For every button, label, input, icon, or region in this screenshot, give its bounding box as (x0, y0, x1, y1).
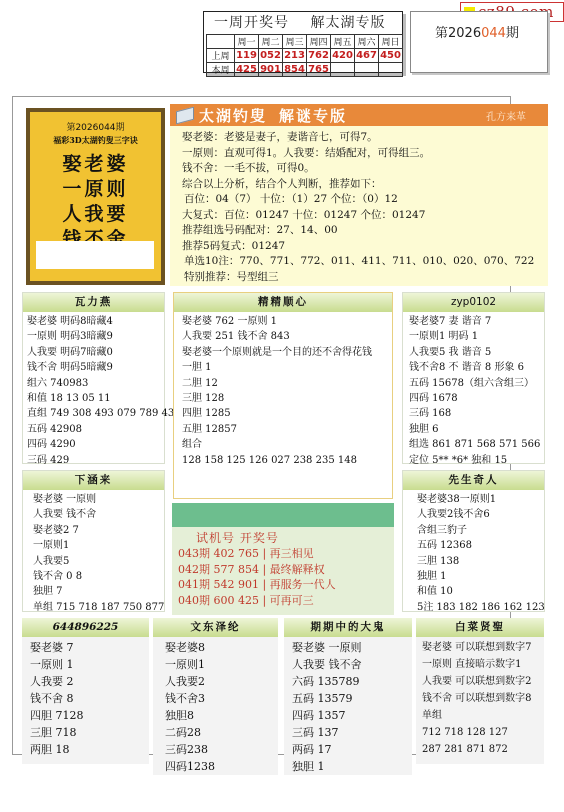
draw-number: 425 (235, 63, 259, 77)
draw-number: 119 (235, 49, 259, 63)
draw-number: 765 (307, 63, 331, 77)
panel-body: 娶老婆 明码8暗藏4 一原则 明码3暗藏9 人我要 明码7暗藏0 钱不舍 明码5… (23, 312, 164, 468)
draw-title-right: 解太湖专版 (310, 15, 385, 31)
panel-body: 娶老婆 7 一原则 1 人我要 2 钱不舍 8 四胆 7128 三胆 718 两… (22, 637, 149, 758)
panel-title: 下涵来 (23, 471, 164, 490)
panel-xia-han-lai: 下涵来 娶老婆 一原则 人我要 钱不舍 娶老婆2 7 一原则1 人我要5 钱不舍… (22, 470, 165, 612)
day-header: 周一 (235, 35, 259, 49)
riddle-line: 娶老婆 (30, 152, 161, 177)
issue-label: 第2026044期 (411, 12, 547, 41)
panel-qi-qi: 期期中的大鬼 娶老婆 一原则 人我要 钱不舍 六码 135789 五码 1357… (284, 618, 412, 764)
panel-title: 644896225 (22, 618, 149, 637)
riddle-line: 人我要 (30, 202, 161, 227)
draw-number: 420 (331, 49, 355, 63)
panel-body: 娶老婆 可以联想到数字7 一原则 直接暗示数字1 人我要 可以联想到数字2 钱不… (416, 637, 544, 758)
panel-jing-jing: 精精顺心 娶老婆 762 一原则 1 人我要 251 钱不舍 843 娶老婆一个… (173, 292, 393, 499)
draw-number: 213 (283, 49, 307, 63)
day-header: 周五 (331, 35, 355, 49)
panel-body: 娶老婆 一原则 人我要 钱不舍 六码 135789 五码 13579 四码 13… (284, 637, 412, 775)
panel-title: 白菜贤聖 (416, 618, 544, 637)
riddle-banner: 第2026044期 福彩3D太湖钓叟三字诀 娶老婆 一原则 人我要 钱不舍 (26, 108, 165, 285)
panel-body: 娶老婆7 妻 谐音 7 一原则1 明码 1 人我要5 我 谐音 5 钱不舍8 不… (403, 312, 544, 468)
panel-body: 娶老婆8 一原则1 人我要2 钱不舍3 独胆8 二码28 三码238 四码123… (153, 637, 278, 775)
analysis-line: 综合以上分析，结合个人判断，推荐如下： (182, 177, 548, 193)
riddle-poem: 娶老婆 一原则 人我要 钱不舍 (30, 152, 161, 252)
day-header: 周日 (379, 35, 403, 49)
draw-number: 467 (355, 49, 379, 63)
trial-header-bar (172, 503, 394, 527)
analysis-header: 太湖钓叟 解谜专版 孔方来革 (170, 104, 548, 126)
day-header: 周四 (307, 35, 331, 49)
trial-row: 041期 542 901 | 再服务一代人 (172, 577, 394, 593)
analysis-line: 单选10注：770、771、772、011、411、711、010、020、07… (182, 254, 548, 270)
draw-panel-title: 一周开奖号 解太湖专版 (204, 12, 402, 34)
panel-bai-cai: 白菜贤聖 娶老婆 可以联想到数字7 一原则 直接暗示数字1 人我要 可以联想到数… (416, 618, 544, 764)
panel-zyp0102: zyp0102 娶老婆7 妻 谐音 7 一原则1 明码 1 人我要5 我 谐音 … (402, 292, 545, 464)
trial-title: 试机号 开奖号 (172, 529, 394, 546)
analysis-line: 推荐5码复式：01247 (182, 239, 548, 255)
this-week-row: 本周 425 901 854 765 (207, 63, 403, 77)
analysis-title: 太湖钓叟 (199, 105, 267, 126)
book-icon (176, 106, 194, 124)
trial-numbers-panel: 试机号 开奖号 043期 402 765 | 再三相见 042期 577 854… (172, 503, 394, 615)
panel-title: 瓦力燕 (23, 293, 164, 312)
panel-title: zyp0102 (403, 293, 544, 312)
analysis-author: 孔方来革 (486, 108, 526, 123)
panel-xian-sheng: 先生奇人 娶老婆38一原则1 人我要2钱不舍6 含组三豹子 五码 12368 三… (402, 470, 545, 612)
weekly-draw-panel: 一周开奖号 解太湖专版 周一 周二 周三 周四 周五 周六 周日 上周 119 … (203, 11, 403, 73)
draw-number (379, 63, 403, 77)
analysis-line: 娶老婆：老婆是妻子，妻谐音七，可得7。 (182, 130, 548, 146)
weekly-draw-table: 周一 周二 周三 周四 周五 周六 周日 上周 119 052 213 762 … (206, 34, 403, 77)
days-header-row: 周一 周二 周三 周四 周五 周六 周日 (207, 35, 403, 49)
draw-number: 052 (259, 49, 283, 63)
panel-body: 娶老婆38一原则1 人我要2钱不舍6 含组三豹子 五码 12368 三胆 138… (403, 490, 544, 615)
draw-number: 450 (379, 49, 403, 63)
issue-number-box: 第2026044期 (410, 11, 548, 73)
trial-row: 040期 600 425 | 可再可三 (172, 593, 394, 609)
analysis-line: 百位：04（7） 十位：（1）27 个位：（0）12 (182, 192, 548, 208)
trial-row: 043期 402 765 | 再三相见 (172, 546, 394, 562)
analysis-line: 一原则：直观可得1。人我要：结婚配对，可得组三。 (182, 146, 548, 162)
banner-blank-area (36, 241, 154, 269)
draw-title-left: 一周开奖号 (214, 15, 289, 31)
analysis-panel: 太湖钓叟 解谜专版 孔方来革 娶老婆：老婆是妻子，妻谐音七，可得7。 一原则：直… (170, 104, 548, 286)
analysis-title2: 解谜专版 (279, 105, 347, 126)
trial-row: 042期 577 854 | 最终解释权 (172, 562, 394, 578)
draw-number: 854 (283, 63, 307, 77)
draw-number: 762 (307, 49, 331, 63)
banner-issue: 第2026044期 (30, 120, 161, 133)
riddle-line: 一原则 (30, 177, 161, 202)
day-header: 周三 (283, 35, 307, 49)
draw-number (331, 63, 355, 77)
panel-title: 期期中的大鬼 (284, 618, 412, 637)
panel-body: 娶老婆 762 一原则 1 人我要 251 钱不舍 843 娶老婆一个原则就是一… (174, 312, 392, 468)
analysis-body: 娶老婆：老婆是妻子，妻谐音七，可得7。 一原则：直观可得1。人我要：结婚配对，可… (170, 126, 548, 285)
day-header: 周六 (355, 35, 379, 49)
row-label: 上周 (207, 49, 235, 63)
draw-number (355, 63, 379, 77)
issue-number: 044 (481, 26, 506, 41)
analysis-line: 大复式：百位：01247 十位：01247 个位：01247 (182, 208, 548, 224)
row-label: 本周 (207, 63, 235, 77)
analysis-line: 推荐组选号码配对：27、14、00 (182, 223, 548, 239)
analysis-line: 特别推荐：号型组三 (182, 270, 548, 286)
draw-number: 901 (259, 63, 283, 77)
last-week-row: 上周 119 052 213 762 420 467 450 (207, 49, 403, 63)
panel-wen-dong: 文东泽纶 娶老婆8 一原则1 人我要2 钱不舍3 独胆8 二码28 三码238 … (153, 618, 278, 764)
day-header: 周二 (259, 35, 283, 49)
panel-644896225: 644896225 娶老婆 7 一原则 1 人我要 2 钱不舍 8 四胆 712… (22, 618, 149, 764)
panel-title: 精精顺心 (174, 293, 392, 312)
panel-body: 娶老婆 一原则 人我要 钱不舍 娶老婆2 7 一原则1 人我要5 钱不舍 0 8… (23, 490, 164, 615)
panel-title: 先生奇人 (403, 471, 544, 490)
banner-subtitle: 福彩3D太湖钓叟三字诀 (30, 135, 161, 146)
panel-title: 文东泽纶 (153, 618, 278, 637)
analysis-line: 钱不舍：一毛不拔，可得0。 (182, 161, 548, 177)
panel-wa-li-yan: 瓦力燕 娶老婆 明码8暗藏4 一原则 明码3暗藏9 人我要 明码7暗藏0 钱不舍… (22, 292, 165, 464)
